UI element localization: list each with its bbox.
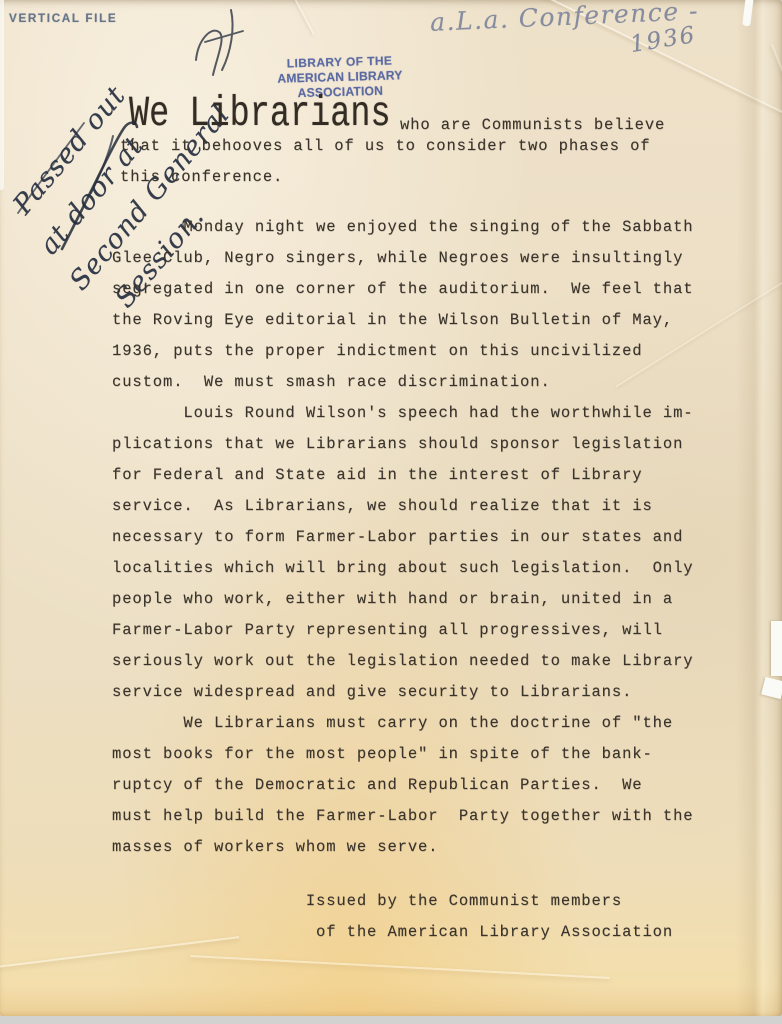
- torn-edge: [742, 0, 754, 26]
- paper-crease: [190, 955, 610, 979]
- torn-edge-notch: [771, 621, 782, 676]
- closing-attribution: Issued by the Communist members of the A…: [112, 886, 673, 948]
- document-title: We Librarians: [129, 92, 391, 135]
- paragraph-wilson-speech: Louis Round Wilson's speech had the wort…: [112, 398, 694, 708]
- vertical-file-stamp: VERTICAL FILE: [9, 13, 117, 25]
- paragraph-farmer-labor: We Librarians must carry on the doctrine…: [112, 708, 694, 863]
- paragraph-race-discrimination: Monday night we enjoyed the singing of t…: [112, 212, 694, 398]
- paper-crease: [736, 0, 782, 1016]
- paper-crease: [771, 44, 782, 258]
- intro-paragraph: that it behooves all of us to consider t…: [120, 131, 650, 193]
- paper-crease: [271, 0, 315, 35]
- torn-edge-notch: [761, 677, 782, 699]
- paper-sheet: VERTICAL FILE LIBRARY OF THE AMERICAN LI…: [0, 0, 782, 1016]
- ink-flourish: [196, 10, 243, 75]
- torn-edge: [0, 0, 4, 190]
- scanned-document-page: VERTICAL FILE LIBRARY OF THE AMERICAN LI…: [0, 0, 782, 1024]
